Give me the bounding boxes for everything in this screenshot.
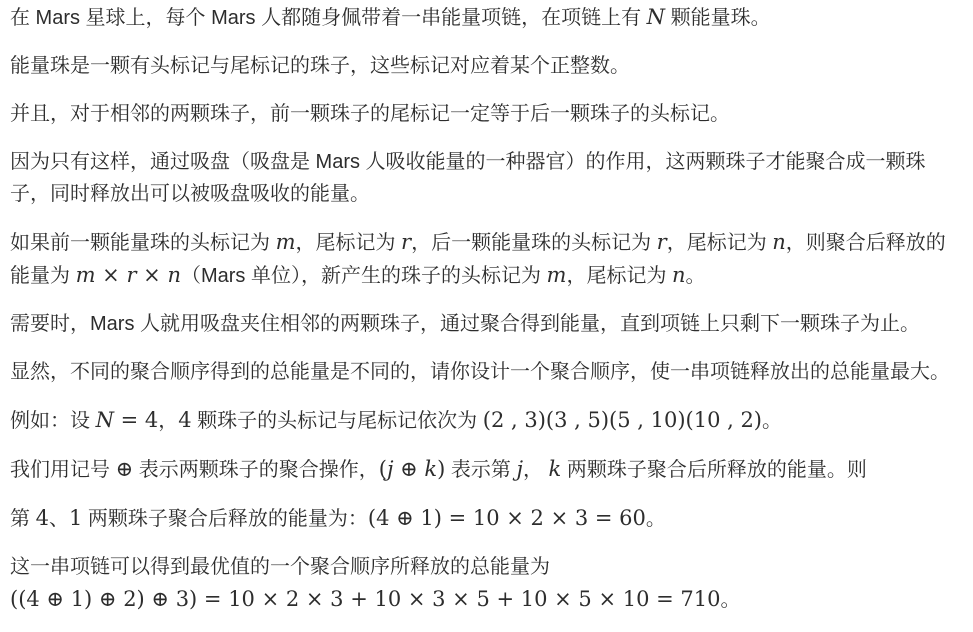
problem-statement: 在 Mars 星球上，每个 Mars 人都随身佩带着一串能量项链，在项链上有 N…	[0, 0, 973, 632]
text-run: 并且，对于相邻的两颗珠子，前一颗珠子的尾标记一定等于后一颗珠子的头标记。	[10, 103, 730, 125]
text-run: 颗能量珠。	[665, 7, 771, 29]
text-run: 显然，不同的聚合顺序得到的总能量是不同的，请你设计一个聚合顺序，使一串项链释放出…	[10, 361, 950, 383]
text-run: 如果前一颗能量珠的头标记为	[10, 232, 276, 254]
text-run: ，	[523, 459, 549, 481]
paragraph: 显然，不同的聚合顺序得到的总能量是不同的，请你设计一个聚合顺序，使一串项链释放出…	[10, 356, 963, 388]
paragraph: 第 4、1 两颗珠子聚合后释放的能量为：(4 ⊕ 1) = 10 × 2 × 3…	[10, 502, 963, 535]
text-run: 。	[762, 410, 782, 432]
paragraph: 并且，对于相邻的两颗珠子，前一颗珠子的尾标记一定等于后一颗珠子的头标记。	[10, 98, 963, 130]
math-run: 1	[69, 506, 82, 530]
text-run: 表示两颗珠子的聚合操作，	[133, 459, 379, 481]
text-run: 。	[720, 589, 740, 611]
math-variable-run: m	[547, 263, 567, 287]
text-run: （Mars 单位），新产生的珠子的头标记为	[181, 265, 547, 287]
math-variable-run: r	[126, 263, 136, 287]
text-run: 两颗珠子聚合后释放的能量为：	[82, 508, 368, 530]
text-run: 能量珠是一颗有头标记与尾标记的珠子，这些标记对应着某个正整数。	[10, 55, 630, 77]
math-run: ⊕	[116, 457, 134, 481]
text-run: 、	[49, 508, 69, 530]
paragraph: 需要时，Mars 人就用吸盘夹住相邻的两颗珠子，通过聚合得到能量，直到项链上只剩…	[10, 308, 963, 340]
paragraph: 在 Mars 星球上，每个 Mars 人都随身佩带着一串能量项链，在项链上有 N…	[10, 1, 963, 34]
math-run: = 4	[114, 408, 158, 432]
math-variable-run: m	[276, 230, 296, 254]
text-run: ，后一颗能量珠的头标记为	[411, 232, 657, 254]
math-run: ⊕	[393, 457, 424, 481]
math-variable-run: N	[96, 408, 114, 432]
math-variable-run: k	[424, 457, 437, 481]
text-run: ，尾标记为	[667, 232, 773, 254]
paragraph: 如果前一颗能量珠的头标记为 m，尾标记为 r，后一颗能量珠的头标记为 r，尾标记…	[10, 226, 963, 292]
text-run: 在 Mars 星球上，每个 Mars 人都随身佩带着一串能量项链，在项链上有	[10, 7, 647, 29]
text-run: 因为只有这样，通过吸盘（吸盘是 Mars 人吸收能量的一种器官）的作用，这两颗珠…	[10, 151, 926, 205]
math-variable-run: n	[167, 263, 181, 287]
text-run: 。	[686, 265, 706, 287]
math-variable-run: m	[76, 263, 96, 287]
math-variable-run: r	[401, 230, 411, 254]
text-run: 我们用记号	[10, 459, 116, 481]
math-run: (	[379, 457, 387, 481]
math-run: ×	[136, 263, 167, 287]
text-run: 需要时，Mars 人就用吸盘夹住相邻的两颗珠子，通过聚合得到能量，直到项链上只剩…	[10, 313, 920, 335]
paragraph: 因为只有这样，通过吸盘（吸盘是 Mars 人吸收能量的一种器官）的作用，这两颗珠…	[10, 146, 963, 210]
text-run: 。	[646, 508, 666, 530]
math-run: (4 ⊕ 1) = 10 × 2 × 3 = 60	[368, 506, 646, 530]
text-run: 颗珠子的头标记与尾标记依次为	[192, 410, 483, 432]
math-run: ((4 ⊕ 1) ⊕ 2) ⊕ 3) = 10 × 2 × 3 + 10 × 3…	[10, 587, 720, 611]
math-variable-run: n	[772, 230, 786, 254]
math-variable-run: k	[549, 457, 562, 481]
math-run: (2 , 3)(3 , 5)(5 , 10)(10 , 2)	[483, 408, 762, 432]
text-run: 两颗珠子聚合后所释放的能量。则	[561, 459, 867, 481]
text-run: 第	[10, 508, 36, 530]
paragraph: 能量珠是一颗有头标记与尾标记的珠子，这些标记对应着某个正整数。	[10, 50, 963, 82]
text-run: ，尾标记为	[295, 232, 401, 254]
paragraph: 例如：设 N = 4，4 颗珠子的头标记与尾标记依次为 (2 , 3)(3 , …	[10, 404, 963, 437]
paragraph: 这一串项链可以得到最优值的一个聚合顺序所释放的总能量为((4 ⊕ 1) ⊕ 2)…	[10, 551, 963, 616]
math-run: 4	[36, 506, 49, 530]
math-variable-run: n	[672, 263, 686, 287]
text-run: 例如：设	[10, 410, 96, 432]
paragraph: 我们用记号 ⊕ 表示两颗珠子的聚合操作，(j ⊕ k) 表示第 j， k 两颗珠…	[10, 453, 963, 486]
text-run: 表示第	[445, 459, 516, 481]
text-run: 这一串项链可以得到最优值的一个聚合顺序所释放的总能量为	[10, 556, 550, 578]
math-run: ×	[95, 263, 126, 287]
text-run: ，	[158, 410, 178, 432]
text-run: ，尾标记为	[566, 265, 672, 287]
math-run: 4	[178, 408, 191, 432]
math-variable-run: r	[657, 230, 667, 254]
math-variable-run: N	[647, 5, 665, 29]
